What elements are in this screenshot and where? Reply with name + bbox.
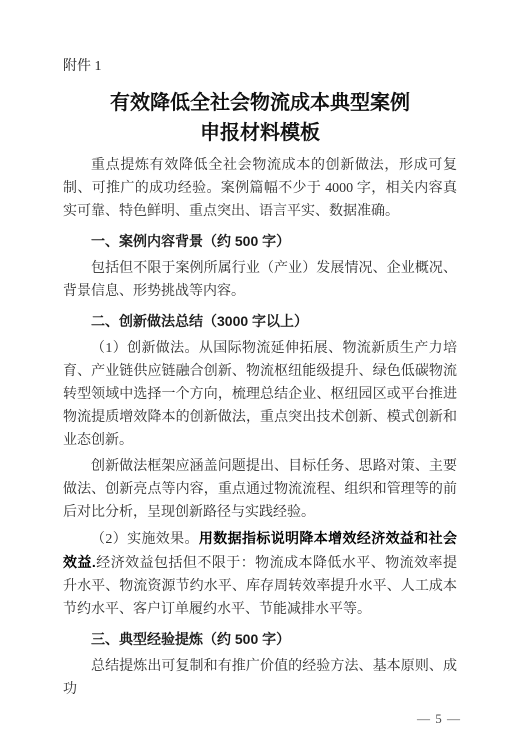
implementation-effect-rest: 经济效益包括但不限于：物流成本降低水平、物流效率提升水平、物流资源节约水平、库存… xyxy=(63,556,457,617)
title-line-2: 申报材料模板 xyxy=(63,118,457,148)
section-1-heading: 一、案例内容背景（约 500 字） xyxy=(63,230,457,253)
document-body: 重点提炼有效降低全社会物流成本的创新做法，形成可复制、可推广的成功经验。案例篇幅… xyxy=(63,154,457,701)
attachment-label: 附件 1 xyxy=(63,58,519,76)
section-3-heading: 三、典型经验提炼（约 500 字） xyxy=(63,628,457,651)
document-page: 附件 1 有效降低全社会物流成本典型案例申报材料模板 重点提炼有效降低全社会物流… xyxy=(0,0,519,733)
section-1-paragraph: 包括但不限于案例所属行业（产业）发展情况、企业概况、背景信息、形势挑战等内容。 xyxy=(63,257,457,303)
title-line-1: 有效降低全社会物流成本典型案例 xyxy=(63,88,457,118)
section-2-paragraph-3: （2）实施效果。用数据指标说明降本增效经济效益和社会效益.经济效益包括但不限于：… xyxy=(63,527,457,621)
page-number: — 5 — xyxy=(0,711,461,727)
document-title: 有效降低全社会物流成本典型案例申报材料模板 xyxy=(63,88,457,148)
section-2-paragraph-2: 创新做法框架应涵盖问题提出、目标任务、思路对策、主要做法、创新亮点等内容，重点通… xyxy=(63,455,457,524)
implementation-effect-lead: （2）实施效果。 xyxy=(91,532,199,547)
section-2-heading: 二、创新做法总结（3000 字以上） xyxy=(63,310,457,333)
section-3-paragraph: 总结提炼出可复制和有推广价值的经验方法、基本原则、成功 xyxy=(63,655,457,701)
section-2-paragraph-1: （1）创新做法。从国际物流延伸拓展、物流新质生产力培育、产业链供应链融合创新、物… xyxy=(63,337,457,452)
intro-paragraph: 重点提炼有效降低全社会物流成本的创新做法，形成可复制、可推广的成功经验。案例篇幅… xyxy=(63,154,457,223)
